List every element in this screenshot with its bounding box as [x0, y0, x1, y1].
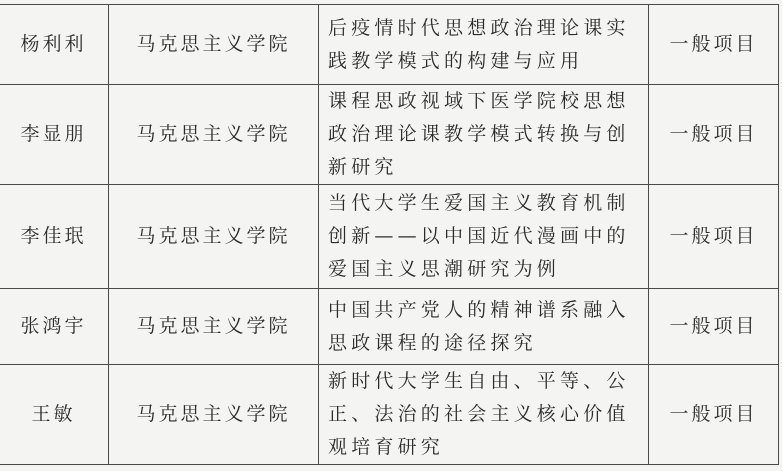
topic-line: 中国共产党人的精神谱系融入 [328, 294, 644, 327]
topic-line: 践教学模式的构建与应用 [328, 45, 644, 78]
topic-line: 课程思政视域下医学院校思想 [328, 85, 644, 118]
topic-line: 新研究 [328, 151, 644, 184]
college-name: 马克思主义学院 [109, 5, 319, 85]
topic-line: 正、法治的社会主义核心价值 [328, 398, 644, 431]
topic-line: 观培育研究 [328, 431, 644, 464]
topic-line: 后疫情时代思想政治理论课实 [328, 12, 644, 45]
project-level: 一般项目 [649, 185, 779, 289]
applicant-name: 李佳珉 [0, 185, 109, 289]
project-topic: 后疫情时代思想政治理论课实 践教学模式的构建与应用 [319, 5, 649, 85]
college-name: 马克思主义学院 [109, 289, 319, 365]
topic-line: 政治理论课教学模式转换与创 [328, 118, 644, 151]
project-level: 一般项目 [649, 365, 779, 465]
project-table: 杨利利 马克思主义学院 后疫情时代思想政治理论课实 践教学模式的构建与应用 一般… [0, 4, 779, 465]
topic-line: 思政课程的途径探究 [328, 327, 644, 360]
table-row: 张鸿宇 马克思主义学院 中国共产党人的精神谱系融入 思政课程的途径探究 一般项目 [0, 289, 779, 365]
college-name: 马克思主义学院 [109, 365, 319, 465]
project-level: 一般项目 [649, 289, 779, 365]
applicant-name: 张鸿宇 [0, 289, 109, 365]
project-topic: 中国共产党人的精神谱系融入 思政课程的途径探究 [319, 289, 649, 365]
applicant-name: 王敏 [0, 365, 109, 465]
applicant-name: 李显朋 [0, 85, 109, 185]
table-row: 杨利利 马克思主义学院 后疫情时代思想政治理论课实 践教学模式的构建与应用 一般… [0, 5, 779, 85]
topic-line: 爱国主义思潮研究为例 [328, 253, 644, 286]
topic-line: 新时代大学生自由、平等、公 [328, 365, 644, 398]
project-topic: 当代大学生爱国主义教育机制 创新——以中国近代漫画中的 爱国主义思潮研究为例 [319, 185, 649, 289]
table-row: 李佳珉 马克思主义学院 当代大学生爱国主义教育机制 创新——以中国近代漫画中的 … [0, 185, 779, 289]
college-name: 马克思主义学院 [109, 185, 319, 289]
project-level: 一般项目 [649, 85, 779, 185]
college-name: 马克思主义学院 [109, 85, 319, 185]
applicant-name: 杨利利 [0, 5, 109, 85]
project-topic: 新时代大学生自由、平等、公 正、法治的社会主义核心价值 观培育研究 [319, 365, 649, 465]
topic-line: 当代大学生爱国主义教育机制 [328, 187, 644, 220]
table-row: 李显朋 马克思主义学院 课程思政视域下医学院校思想 政治理论课教学模式转换与创 … [0, 85, 779, 185]
project-topic: 课程思政视域下医学院校思想 政治理论课教学模式转换与创 新研究 [319, 85, 649, 185]
table-row: 王敏 马克思主义学院 新时代大学生自由、平等、公 正、法治的社会主义核心价值 观… [0, 365, 779, 465]
project-level: 一般项目 [649, 5, 779, 85]
topic-line: 创新——以中国近代漫画中的 [328, 220, 644, 253]
